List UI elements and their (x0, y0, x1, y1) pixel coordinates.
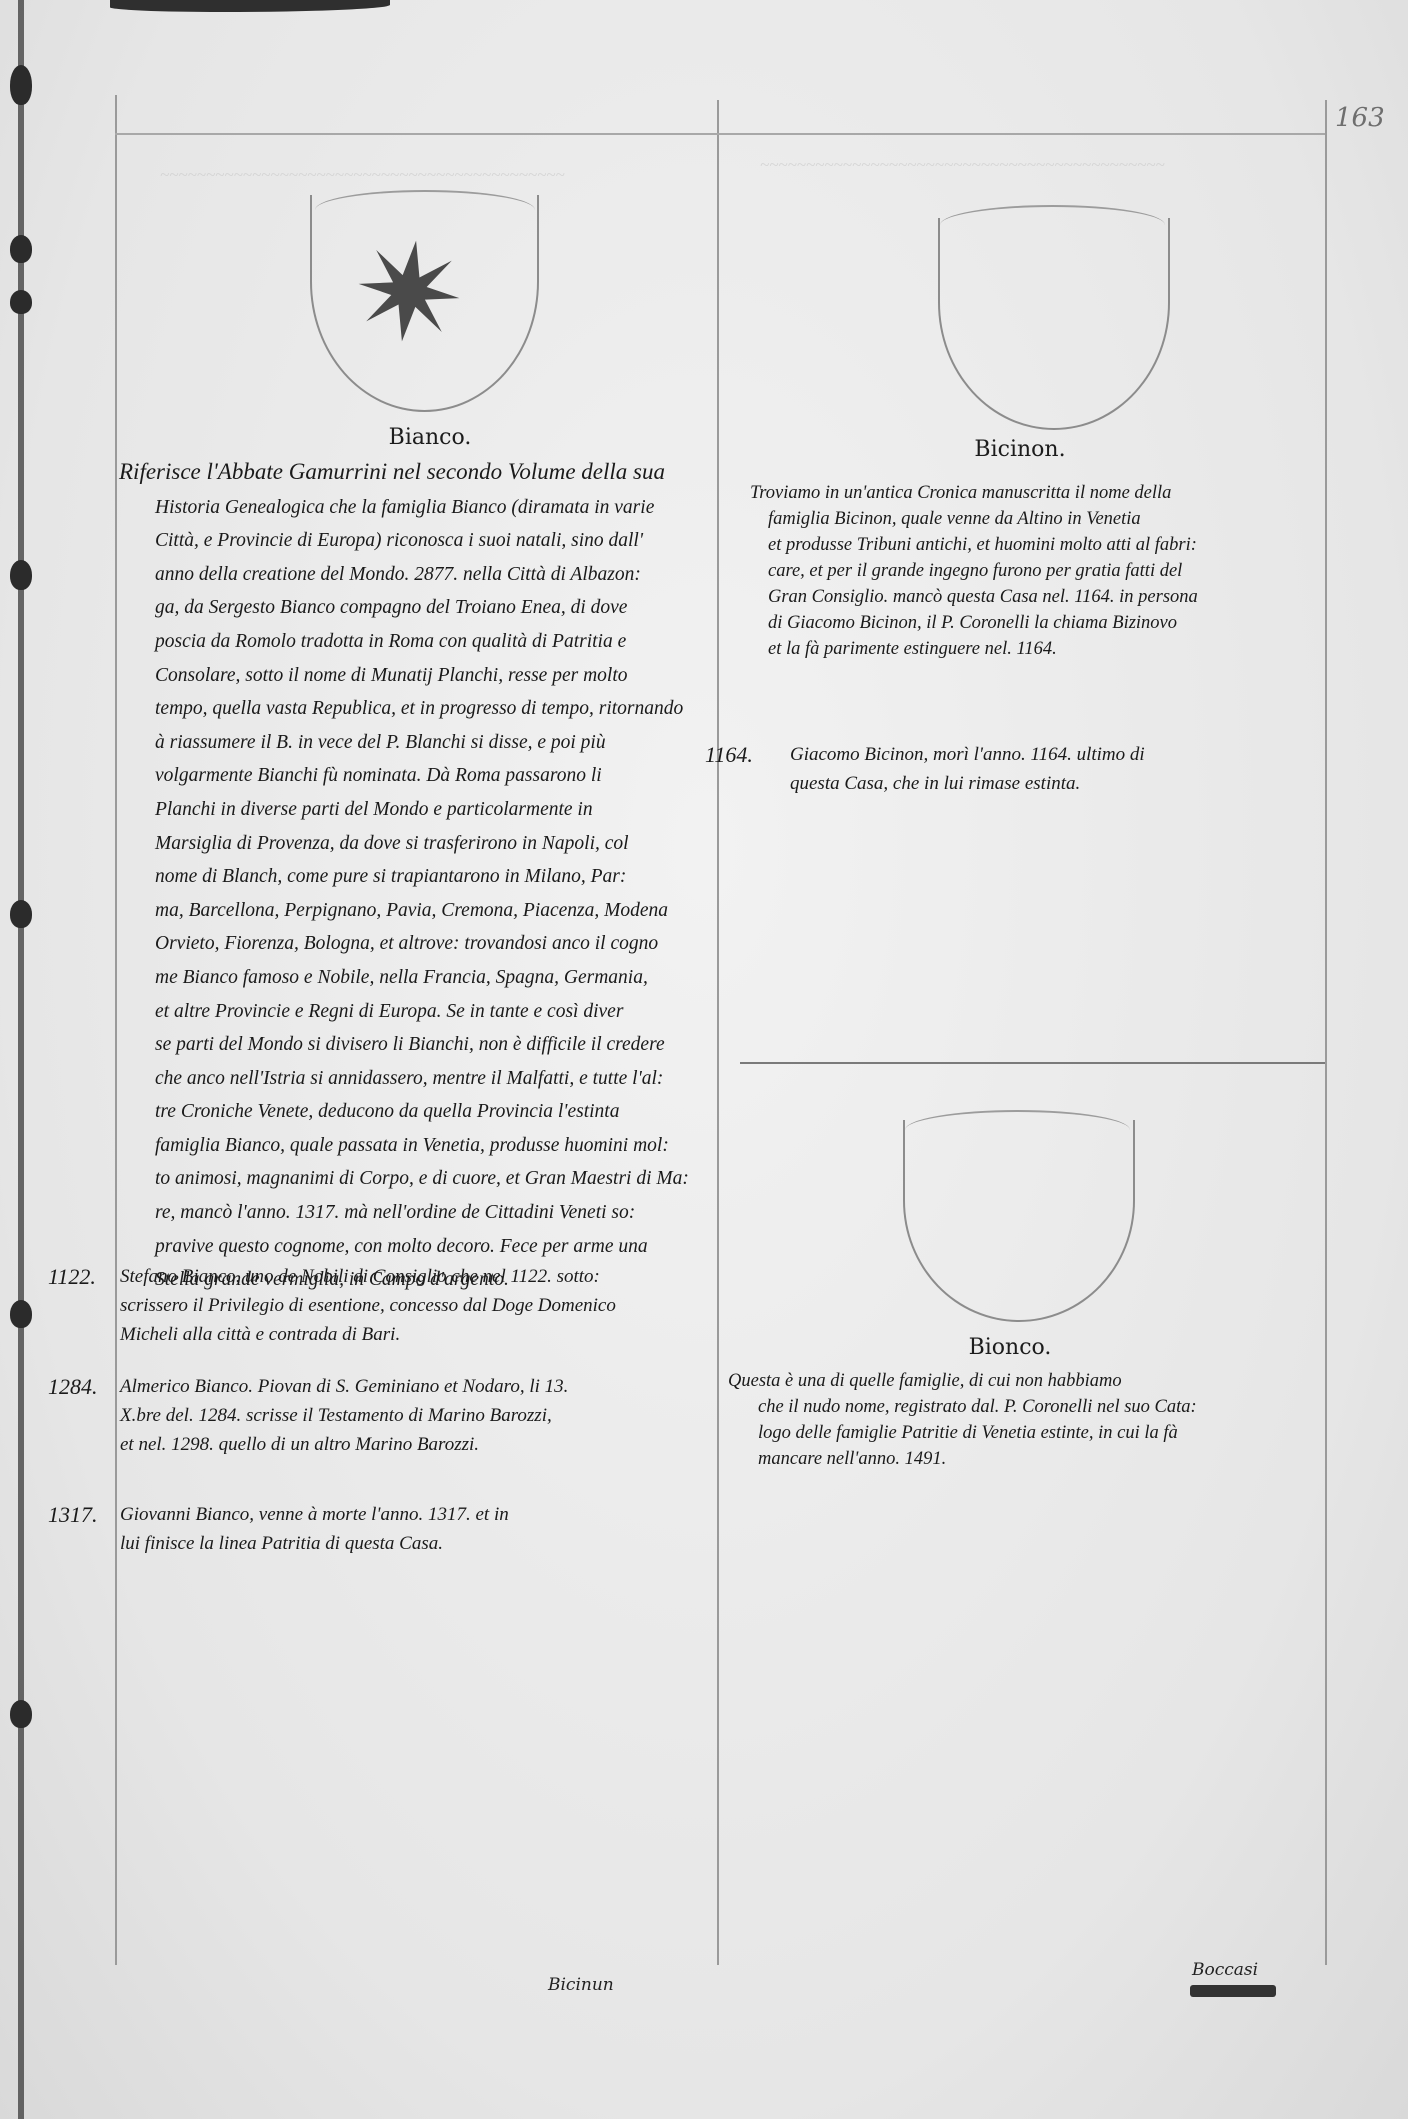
entry-year: 1164. (705, 740, 753, 769)
text-line: pravive questo cognome, con molto decoro… (155, 1230, 705, 1264)
binding-knot (10, 1300, 32, 1328)
text-line: et la fà parimente estinguere nel. 1164. (768, 636, 1308, 662)
text-line: ga, da Sergesto Bianco compagno del Troi… (155, 591, 705, 625)
text-line: se parti del Mondo si divisero li Bianch… (155, 1028, 705, 1062)
page-edge-shadow (110, 0, 390, 12)
star-icon (356, 238, 462, 344)
top-rule (115, 133, 1325, 135)
text-line: Giovanni Bianco, venne à morte l'anno. 1… (120, 1500, 680, 1529)
binding-knot (10, 900, 32, 928)
text-line: Gran Consiglio. mancò questa Casa nel. 1… (768, 584, 1308, 610)
bleed-through-text: ~~~~~~~~~~~~~~~~~~~~~~~~~~~~~~~~~~~~~~~~… (760, 150, 1300, 180)
text-line: volgarmente Bianchi fù nominata. Dà Roma… (155, 759, 705, 793)
text-line: Stefano Bianco, uno de Nobili di Consigl… (120, 1262, 680, 1291)
entry-year: 1317. (48, 1500, 98, 1529)
text-line: famiglia Bianco, quale passata in Veneti… (155, 1129, 705, 1163)
binding-knot (10, 560, 32, 590)
text-line: Giacomo Bicinon, morì l'anno. 1164. ulti… (790, 740, 1310, 769)
family-description: Troviamo in un'antica Cronica manuscritt… (768, 480, 1308, 662)
text-line: logo delle famiglie Patritie di Venetia … (758, 1420, 1308, 1446)
catchword: Bicinun (548, 1975, 614, 1995)
text-line: et nel. 1298. quello di un altro Marino … (120, 1430, 680, 1459)
column-divider-rule (717, 100, 719, 1965)
text-line: poscia da Romolo tradotta in Roma con qu… (155, 625, 705, 659)
family-heading: Bicinon. (900, 437, 1140, 462)
catchword: Boccasi (1192, 1960, 1258, 1980)
text-line: et altre Provincie e Regni di Europa. Se… (155, 995, 705, 1029)
binding-knot (10, 1700, 32, 1728)
text-line: che il nudo nome, registrato dal. P. Cor… (758, 1394, 1308, 1420)
manuscript-page: 163 ~~~~~~~~~~~~~~~~~~~~~~~~~~~~~~~~~~~~… (0, 0, 1408, 2119)
text-line: à riassumere il B. in vece del P. Blanch… (155, 726, 705, 760)
dated-entry: 1284. Almerico Bianco. Piovan di S. Gemi… (120, 1372, 680, 1459)
family-heading: Bionco. (890, 1335, 1130, 1360)
family-description: Riferisce l'Abbate Gamurrini nel secondo… (155, 455, 705, 1297)
text-line: tempo, quella vasta Republica, et in pro… (155, 692, 705, 726)
bleed-through-text: ~~~~~~~~~~~~~~~~~~~~~~~~~~~~~~~~~~~~~~~~… (160, 160, 700, 190)
text-line: scrissero il Privilegio di esentione, co… (120, 1291, 680, 1320)
text-line: tre Croniche Venete, deducono da quella … (155, 1095, 705, 1129)
text-line: care, et per il grande ingegno furono pe… (768, 558, 1308, 584)
folio-number: 163 (1335, 103, 1385, 133)
binding-knot (10, 290, 32, 314)
text-line: to animosi, magnanimi di Corpo, e di cuo… (155, 1162, 705, 1196)
text-line: Questa è una di quelle famiglie, di cui … (728, 1368, 1308, 1394)
family-heading: Bianco. (300, 425, 560, 450)
text-line: mancare nell'anno. 1491. (758, 1446, 1308, 1472)
family-description: Questa è una di quelle famiglie, di cui … (728, 1368, 1308, 1472)
text-line: di Giacomo Bicinon, il P. Coronelli la c… (768, 610, 1308, 636)
text-line: X.bre del. 1284. scrisse il Testamento d… (120, 1401, 680, 1430)
coat-of-arms-shield (903, 1120, 1135, 1322)
left-margin-rule (115, 95, 117, 1965)
dated-entry: 1164. Giacomo Bicinon, morì l'anno. 1164… (790, 740, 1310, 798)
binding-thread (18, 0, 24, 2119)
entry-year: 1122. (48, 1262, 96, 1291)
text-line: anno della creatione del Mondo. 2877. ne… (155, 558, 705, 592)
text-line: Città, e Provincie di Europa) riconosca … (155, 524, 705, 558)
text-line: Almerico Bianco. Piovan di S. Geminiano … (120, 1372, 680, 1401)
text-line: me Bianco famoso e Nobile, nella Francia… (155, 961, 705, 995)
text-line: Historia Genealogica che la famiglia Bia… (155, 491, 705, 525)
text-line: Riferisce l'Abbate Gamurrini nel secondo… (155, 455, 705, 491)
dated-entry: 1317. Giovanni Bianco, venne à morte l'a… (120, 1500, 680, 1558)
binding-knot (10, 235, 32, 263)
right-margin-rule (1325, 100, 1327, 1965)
right-column-section-divider (740, 1062, 1325, 1064)
text-line: ma, Barcellona, Perpignano, Pavia, Cremo… (155, 894, 705, 928)
struck-out-catchword (1190, 1985, 1276, 1997)
binding-knot (10, 65, 32, 105)
text-line: che anco nell'Istria si annidassero, men… (155, 1062, 705, 1096)
text-line: Micheli alla città e contrada di Bari. (120, 1320, 680, 1349)
coat-of-arms-shield (938, 218, 1170, 430)
dated-entry: 1122. Stefano Bianco, uno de Nobili di C… (120, 1262, 680, 1349)
text-line: famiglia Bicinon, quale venne da Altino … (768, 506, 1308, 532)
text-line: Planchi in diverse parti del Mondo e par… (155, 793, 705, 827)
text-line: et produsse Tribuni antichi, et huomini … (768, 532, 1308, 558)
text-line: Orvieto, Fiorenza, Bologna, et altrove: … (155, 927, 705, 961)
text-line: questa Casa, che in lui rimase estinta. (790, 769, 1310, 798)
text-line: lui finisce la linea Patritia di questa … (120, 1529, 680, 1558)
text-line: Marsiglia di Provenza, da dove si trasfe… (155, 827, 705, 861)
entry-year: 1284. (48, 1372, 98, 1401)
text-line: re, mancò l'anno. 1317. mà nell'ordine d… (155, 1196, 705, 1230)
text-line: Troviamo in un'antica Cronica manuscritt… (750, 480, 1308, 506)
text-line: nome di Blanch, come pure si trapiantaro… (155, 860, 705, 894)
text-line: Consolare, sotto il nome di Munatij Plan… (155, 659, 705, 693)
